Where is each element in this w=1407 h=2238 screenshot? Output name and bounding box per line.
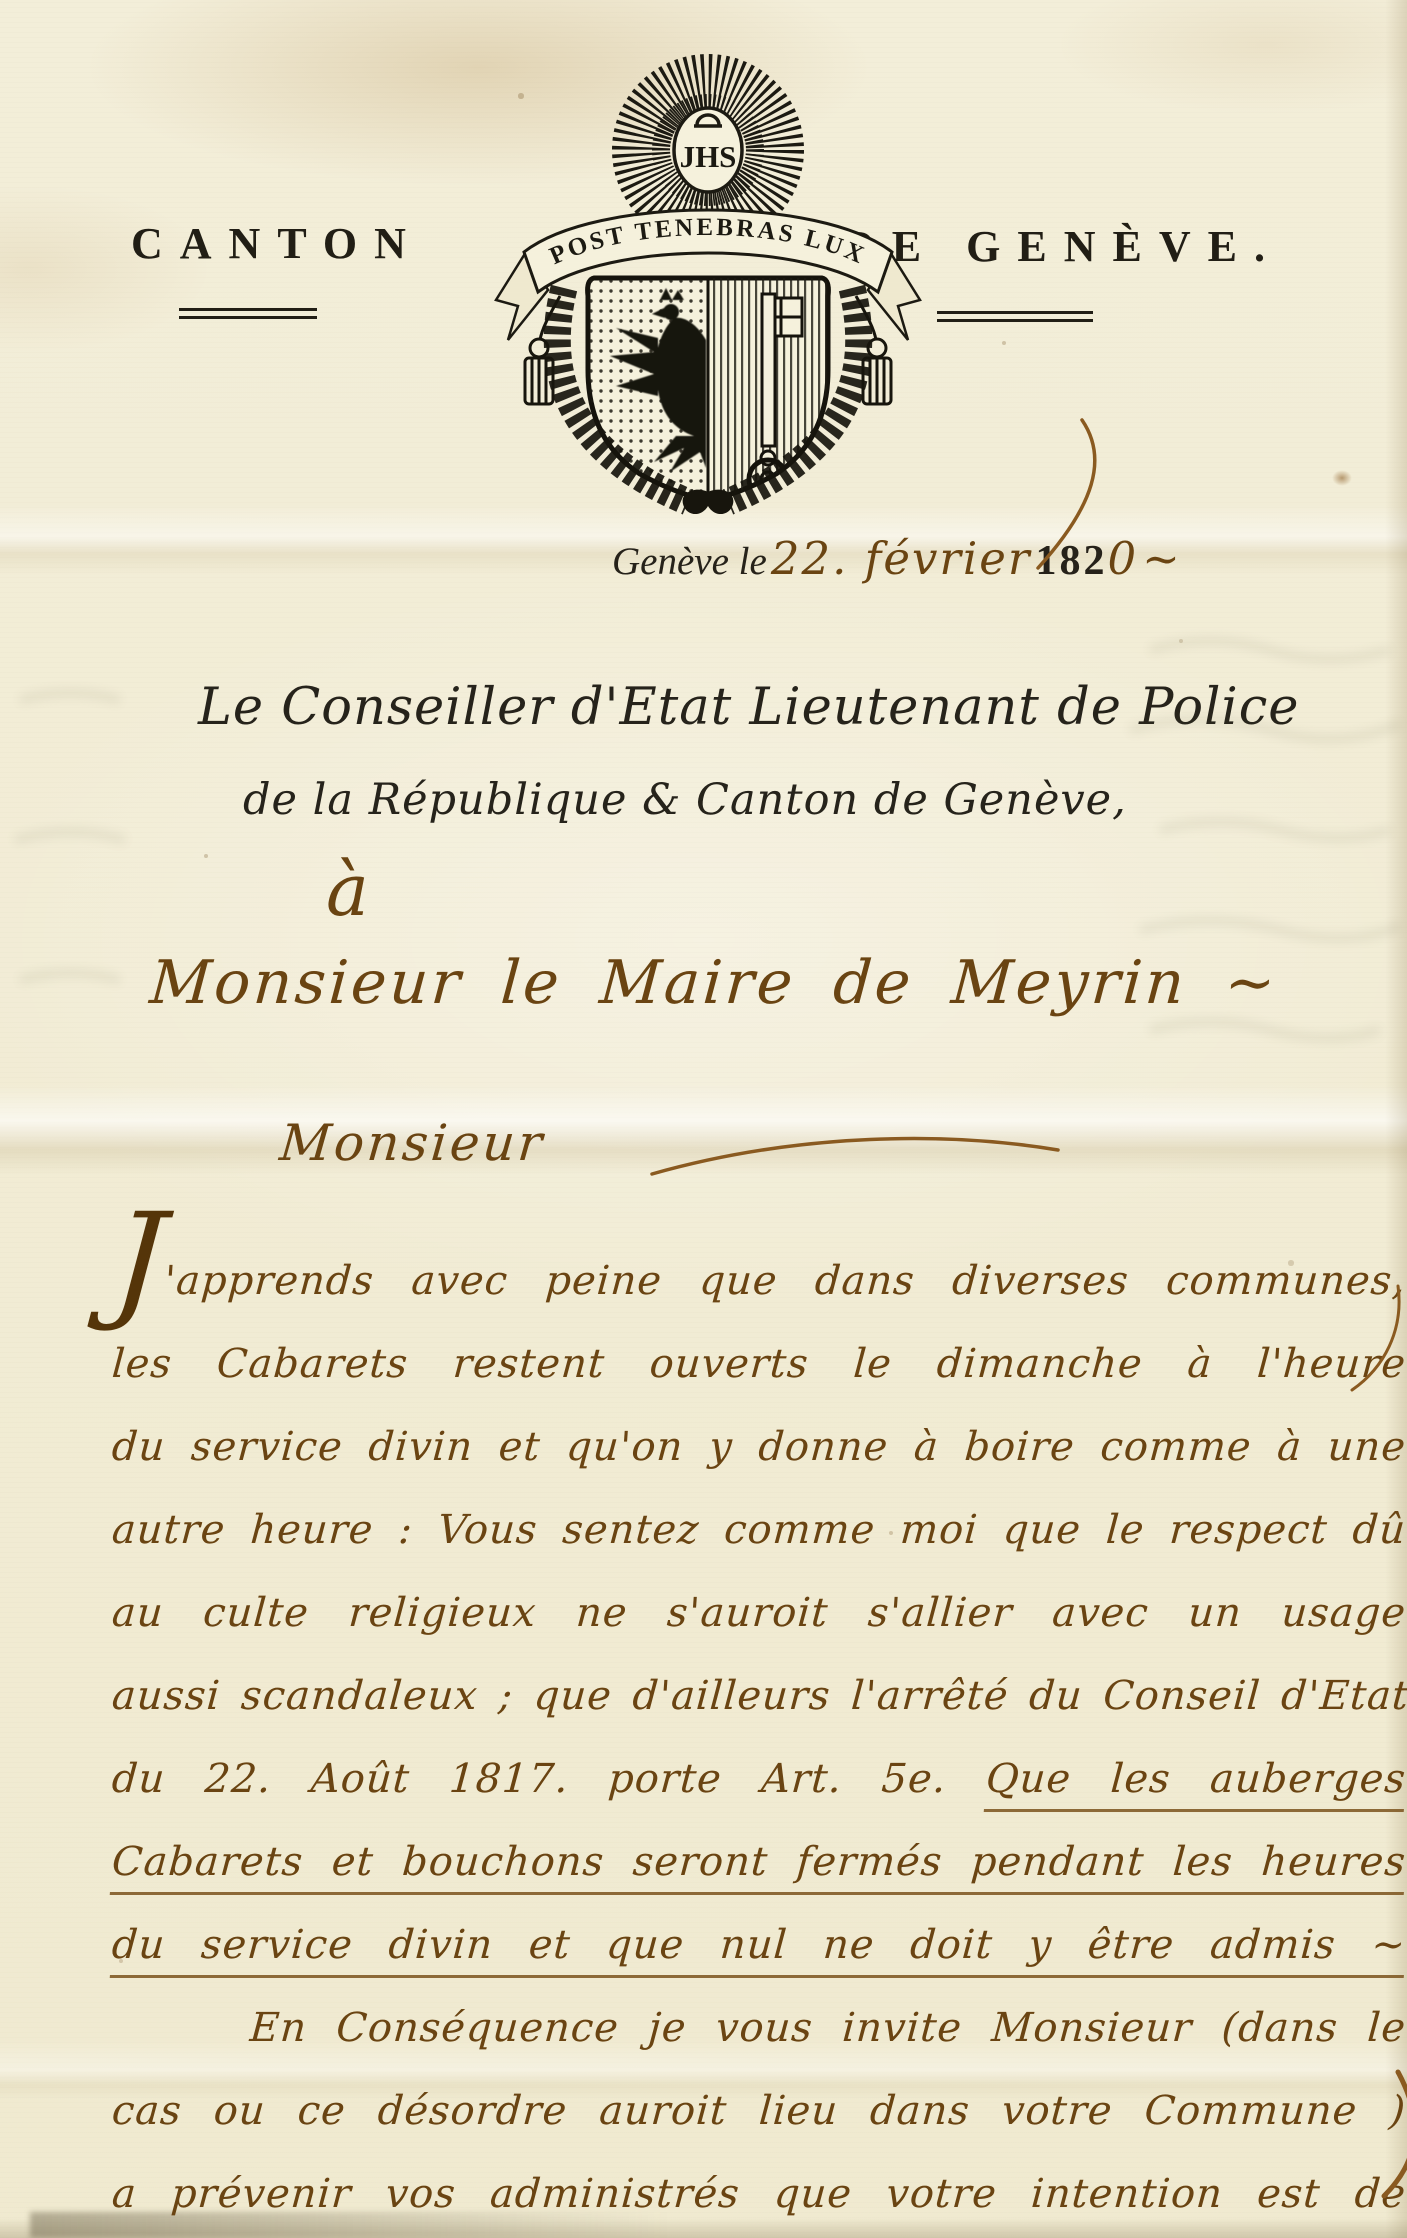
salutation: Monsieur xyxy=(277,1114,547,1172)
body-line: du service divin et que nul ne doit y êt… xyxy=(109,1904,1407,1987)
body-line: au culte religieux ne s'auroit s'allier … xyxy=(109,1572,1407,1655)
dateline-written-date: 22. février xyxy=(771,532,1032,585)
addressee-name-text: Monsieur le Maire de Meyrin xyxy=(148,948,1190,1018)
dateline-printed-place: Genève le xyxy=(612,540,767,583)
body-line: Cabarets et bouchons seront fermés penda… xyxy=(109,1821,1407,1904)
sender-title-line1: Le Conseiller d'Etat Lieutenant de Polic… xyxy=(198,678,1299,737)
crest-monogram: JHS xyxy=(680,139,737,174)
sender-title-line2: de la République & Canton de Genève, xyxy=(243,775,1127,825)
ribbon-bow xyxy=(683,490,734,514)
addressee-flourish: ~ xyxy=(1222,948,1280,1018)
scanned-letter: { "colors": { "ink": "#6a4412", "ink_dar… xyxy=(0,0,1407,2238)
decorative-double-rule xyxy=(937,311,1093,322)
addressee-preposition: à xyxy=(326,848,369,932)
body-line: a prévenir vos administrés que votre int… xyxy=(109,2153,1407,2236)
body-line: autre heure : Vous sentez comme moi que … xyxy=(109,1489,1407,1572)
body-line: les Cabarets restent ouverts le dimanche… xyxy=(109,1323,1407,1406)
dateline-printed-year: 182 xyxy=(1035,538,1107,584)
dateline-flourish: ~ xyxy=(1142,532,1182,585)
foxing-specks xyxy=(0,0,2,2)
body-lines: J'apprends avec peine que dans diverses … xyxy=(112,1240,1406,2236)
body-line: du service divin et qu'on y donne à boir… xyxy=(109,1406,1407,1489)
letterhead-canton-left: CANTON xyxy=(131,218,423,269)
body-line: En Conséquence je vous invite Monsieur (… xyxy=(109,1987,1407,2070)
body-line: cas ou ce désordre auroit lieu dans votr… xyxy=(109,2070,1407,2153)
geneva-coat-of-arms: JHS POST TENEBRAS LUX xyxy=(468,38,948,516)
dateline: Genève le 22. février 1820 ~ xyxy=(612,532,1182,585)
body-line: aussi scandaleux ; que d'ailleurs l'arrê… xyxy=(109,1655,1407,1738)
addressee-name: Monsieur le Maire de Meyrin ~ xyxy=(148,948,1223,1018)
body-line: J'apprends avec peine que dans diverses … xyxy=(109,1240,1407,1323)
decorative-double-rule xyxy=(179,308,317,319)
dateline-written-year-digit: 0 xyxy=(1107,532,1138,585)
ink-stain xyxy=(1332,470,1352,486)
body-line: du 22. Août 1817. porte Art. 5e. Que les… xyxy=(109,1738,1407,1821)
